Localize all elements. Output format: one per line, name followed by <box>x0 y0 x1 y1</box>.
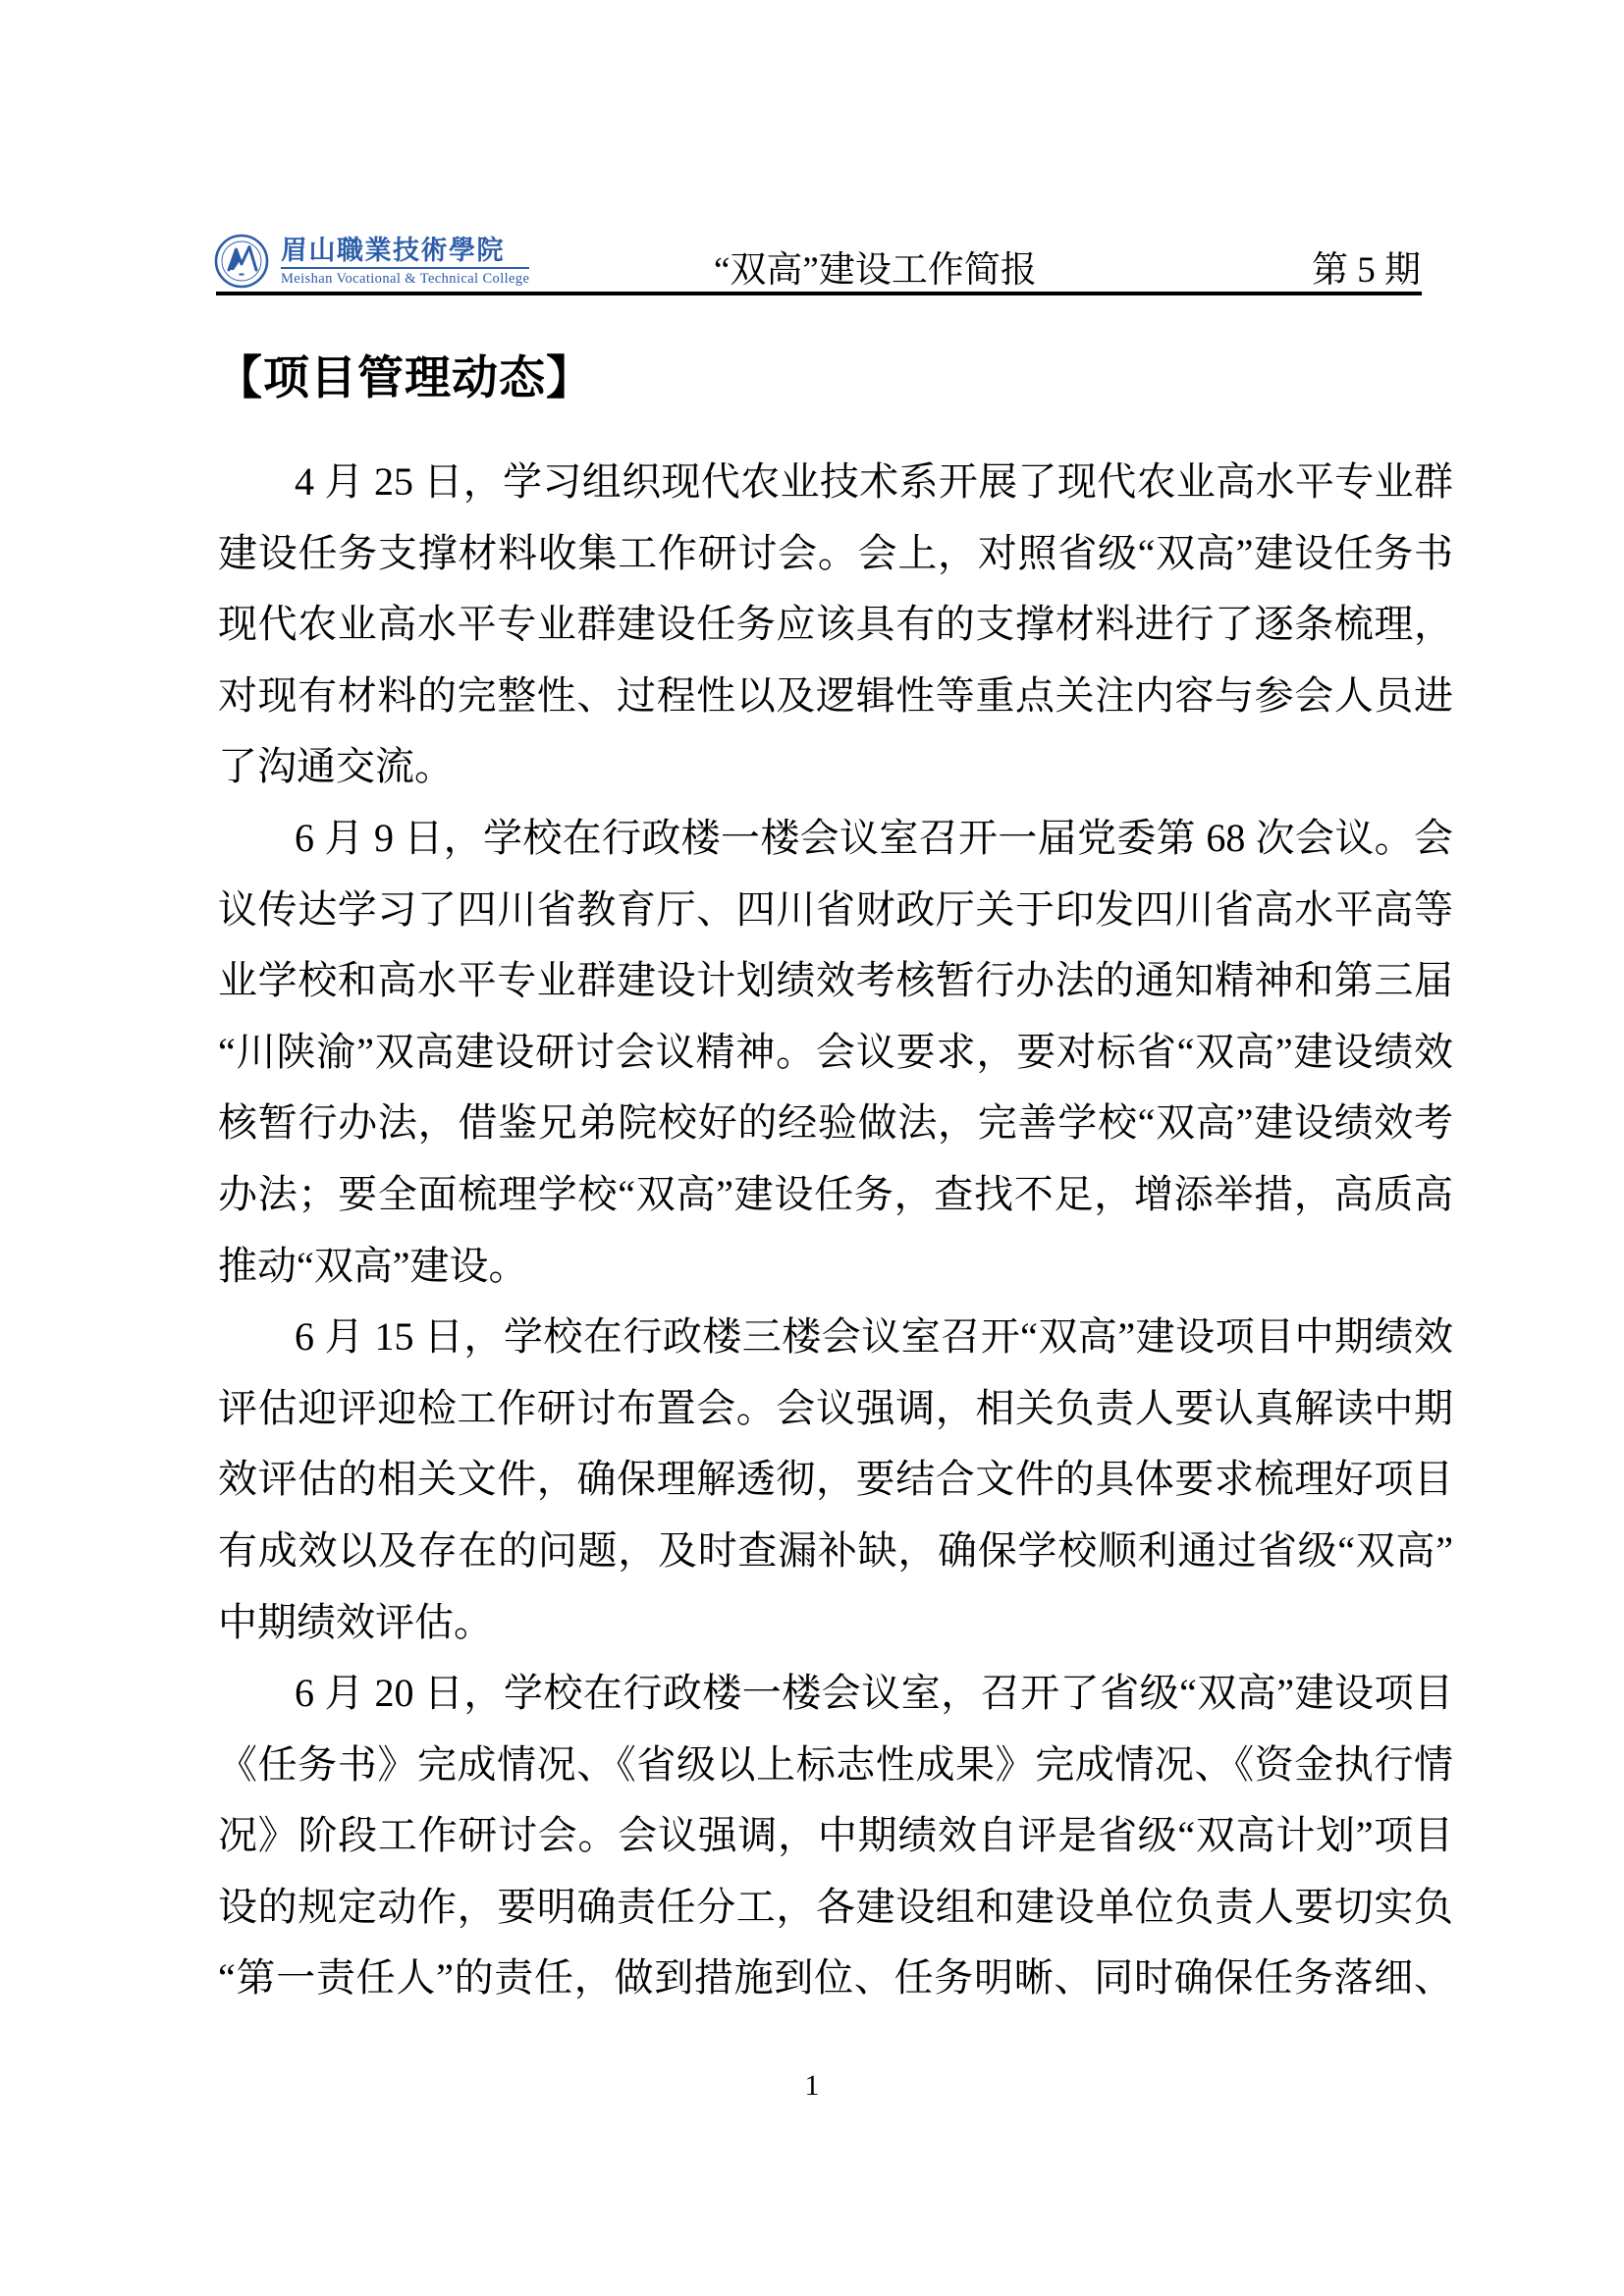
header-rule <box>216 292 1422 295</box>
school-seal-icon <box>214 234 269 289</box>
body-line: 核暂行办法，借鉴兄弟院校好的经验做法，完善学校“双高”建设绩效考核 <box>218 1088 1453 1159</box>
body-line: 办法；要全面梳理学校“双高”建设任务，查找不足，增添举措，高质高效 <box>218 1159 1453 1231</box>
body-line: 建设任务支撑材料收集工作研讨会。会上，对照省级“双高”建设任务书对 <box>218 518 1453 590</box>
document-body: 4 月 25 日，学习组织现代农业技术系开展了现代农业高水平专业群建设任务支撑材… <box>218 447 1453 2014</box>
body-line: “第一责任人”的责任，做到措施到位、任务明晰、同时确保任务落细、落 <box>218 1943 1453 2014</box>
school-logo: 眉山職業技術學院 Meishan Vocational & Technical … <box>214 234 529 289</box>
school-name-zh: 眉山職業技術學院 <box>281 236 529 265</box>
logo-divider <box>281 267 529 269</box>
body-line: 中期绩效评估。 <box>218 1587 1453 1659</box>
school-names: 眉山職業技術學院 Meishan Vocational & Technical … <box>281 234 529 288</box>
section-title: 【项目管理动态】 <box>216 342 593 407</box>
body-line: 推动“双高”建设。 <box>218 1231 1453 1303</box>
body-line: 《任务书》完成情况、《省级以上标志性成果》完成情况、《资金执行情 <box>218 1730 1453 1801</box>
school-name-en: Meishan Vocational & Technical College <box>281 271 529 288</box>
body-line: 6 月 20 日，学校在行政楼一楼会议室，召开了省级“双高”建设项目 <box>218 1658 1453 1730</box>
body-line: 了沟通交流。 <box>218 731 1453 803</box>
body-line: 对现有材料的完整性、过程性以及逻辑性等重点关注内容与参会人员进行 <box>218 661 1453 732</box>
body-line: 业学校和高水平专业群建设计划绩效考核暂行办法的通知精神和第三届 <box>218 945 1453 1017</box>
body-line: 有成效以及存在的问题，及时查漏补缺，确保学校顺利通过省级“双高” <box>218 1516 1453 1587</box>
page-number: 1 <box>0 2069 1624 2103</box>
bulletin-title: “双高”建设工作简报 <box>714 251 1037 291</box>
body-line: 议传达学习了四川省教育厅、四川省财政厅关于印发四川省高水平高等职 <box>218 875 1453 946</box>
body-line: 现代农业高水平专业群建设任务应该具有的支撑材料进行了逐条梳理，针 <box>218 589 1453 661</box>
body-line: 6 月 9 日，学校在行政楼一楼会议室召开一届党委第 68 次会议。会 <box>218 803 1453 875</box>
body-line: 评估迎评迎检工作研讨布置会。会议强调，相关负责人要认真解读中期绩 <box>218 1373 1453 1445</box>
bulletin-page: 眉山職業技術學院 Meishan Vocational & Technical … <box>0 0 1624 2296</box>
body-line: 况》阶段工作研讨会。会议强调，中期绩效自评是省级“双高计划”项目建 <box>218 1800 1453 1872</box>
body-line: 6 月 15 日，学校在行政楼三楼会议室召开“双高”建设项目中期绩效 <box>218 1302 1453 1373</box>
issue-label: 第 5 期 <box>1312 251 1421 291</box>
body-line: “川陕渝”双高建设研讨会议精神。会议要求，要对标省“双高”建设绩效考 <box>218 1017 1453 1089</box>
body-line: 设的规定动作，要明确责任分工，各建设组和建设单位负责人要切实负起 <box>218 1872 1453 1944</box>
body-line: 4 月 25 日，学习组织现代农业技术系开展了现代农业高水平专业群 <box>218 447 1453 518</box>
body-line: 效评估的相关文件，确保理解透彻，要结合文件的具体要求梳理好项目现 <box>218 1444 1453 1516</box>
